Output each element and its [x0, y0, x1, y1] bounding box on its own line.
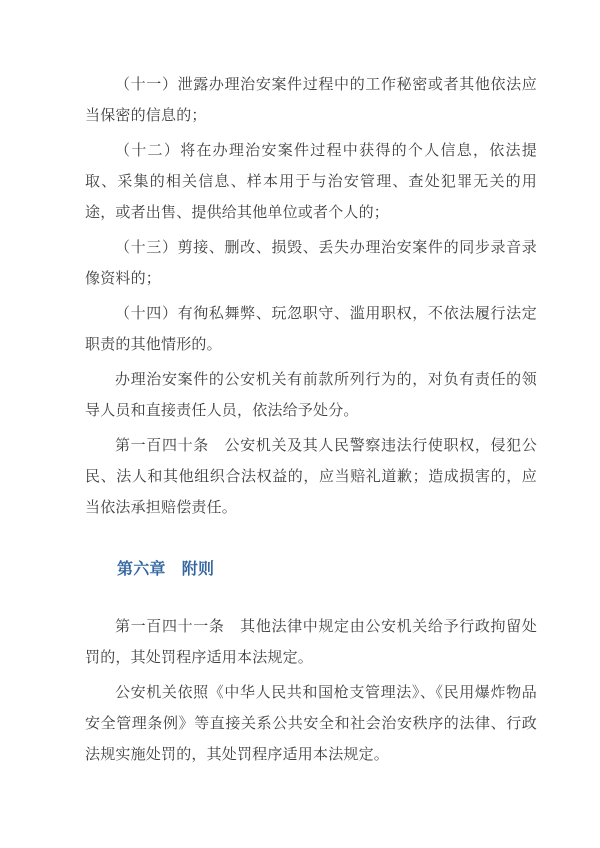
clause-item-12: （十二）将在办理治安案件过程中获得的个人信息，依法提取、采集的相关信息、样本用于… — [85, 136, 537, 229]
clause-item-14: （十四）有徇私舞弊、玩忽职守、滥用职权，不依法履行法定职责的其他情形的。 — [85, 299, 537, 361]
clause-item-13: （十三）剪接、删改、损毁、丢失办理治安案件的同步录音录像资料的； — [85, 233, 537, 295]
document-page: （十一）泄露办理治安案件过程中的工作秘密或者其他依法应当保密的信息的； （十二）… — [85, 70, 537, 775]
chapter-6-heading: 第六章 附则 — [85, 554, 537, 585]
paragraph-accountability: 办理治安案件的公安机关有前款所列行为的，对负有责任的领导人员和直接责任人员，依法… — [85, 365, 537, 427]
paragraph-other-laws: 公安机关依照《中华人民共和国枪支管理法》、《民用爆炸物品安全管理条例》等直接关系… — [85, 678, 537, 771]
article-141: 第一百四十一条 其他法律中规定由公安机关给予行政拘留处罚的，其处罚程序适用本法规… — [85, 612, 537, 674]
article-140: 第一百四十条 公安机关及其人民警察违法行使职权，侵犯公民、法人和其他组织合法权益… — [85, 431, 537, 524]
clause-item-11: （十一）泄露办理治安案件过程中的工作秘密或者其他依法应当保密的信息的； — [85, 70, 537, 132]
